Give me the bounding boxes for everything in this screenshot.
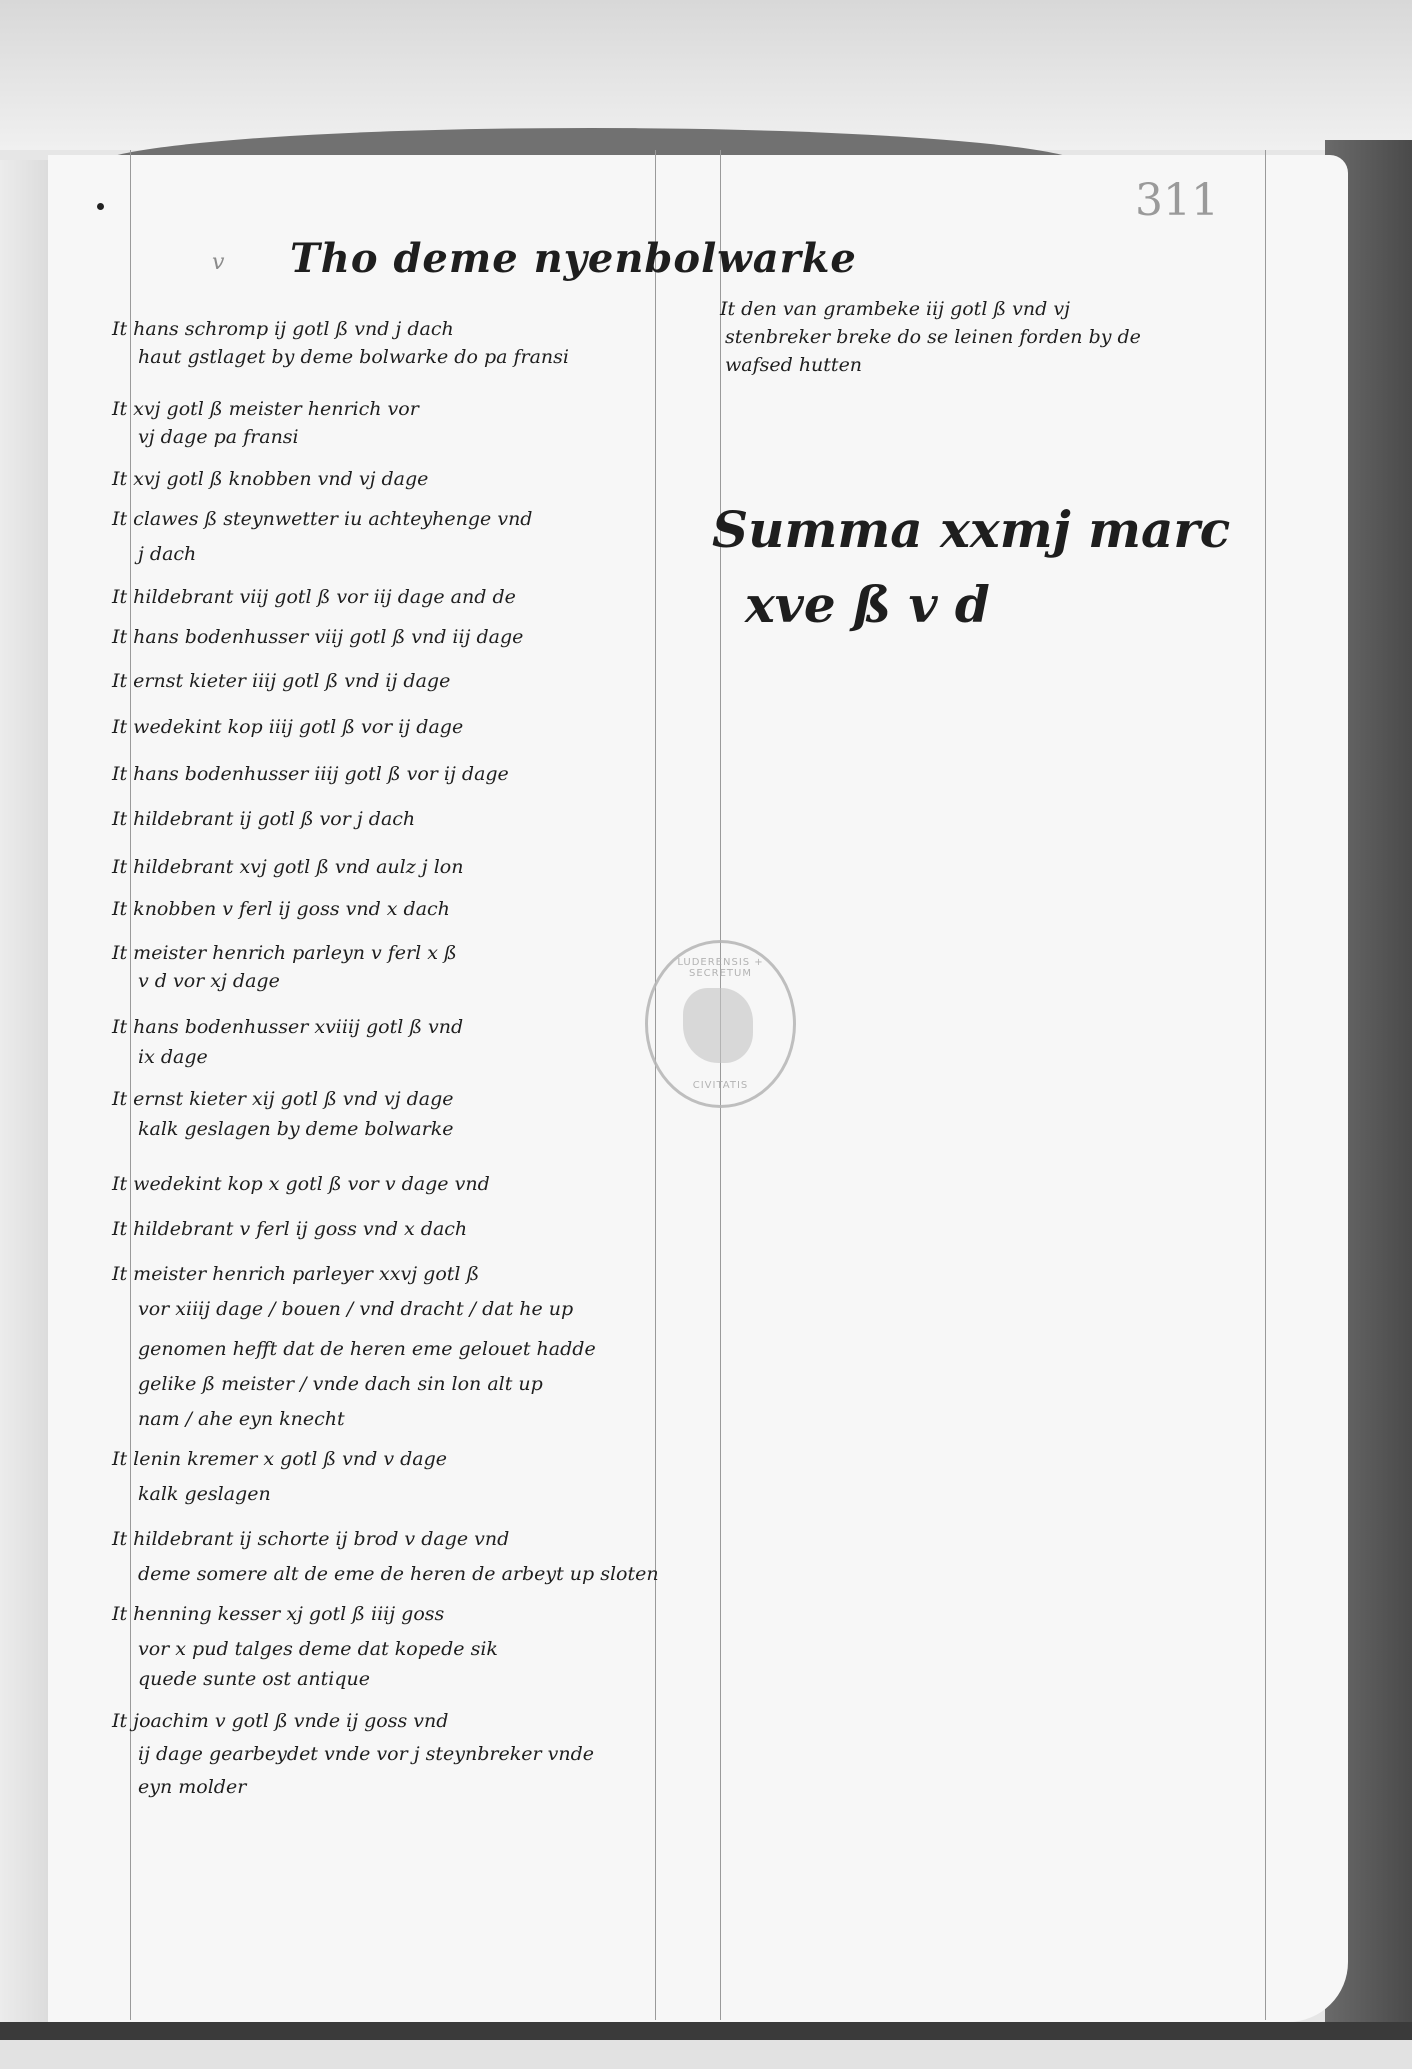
- left-column-line: haut gstlaget by deme bolwarke do pa fra…: [138, 348, 569, 367]
- left-column-line: It hildebrant viij gotl ß vor iij dage a…: [112, 588, 516, 607]
- left-column-line: It xvj gotl ß meister henrich vor: [112, 400, 419, 419]
- left-column-line: It hans schromp ij gotl ß vnd j dach: [112, 320, 454, 339]
- left-column-line: It wedekint kop iiij gotl ß vor ij dage: [112, 718, 463, 737]
- left-column-line: It hans bodenhusser viij gotl ß vnd iij …: [112, 628, 523, 647]
- archive-stamp: LUDERENSIS + SECRETUM CIVITATIS: [645, 940, 796, 1108]
- left-column-line: vor xiiij dage / bouen / vnd dracht / da…: [138, 1300, 573, 1319]
- left-column-line: genomen hefft dat de heren eme gelouet h…: [138, 1340, 596, 1359]
- page-heading: Tho deme nyenbolwarke: [290, 235, 857, 282]
- left-column-line: It henning kesser xj gotl ß iiij goss: [112, 1605, 444, 1624]
- left-column-line: v d vor xj dage: [138, 972, 280, 991]
- left-column-line: gelike ß meister / vnde dach sin lon alt…: [138, 1375, 543, 1394]
- left-column-line: It hildebrant ij gotl ß vor j dach: [112, 810, 415, 829]
- right-column-line: stenbreker breke do se leinen forden by …: [725, 328, 1141, 347]
- left-column-line: deme somere alt de eme de heren de arbey…: [138, 1565, 659, 1584]
- left-column-line: It ernst kieter iiij gotl ß vnd ij dage: [112, 672, 450, 691]
- left-column-line: nam / ahe eyn knecht: [138, 1410, 345, 1429]
- left-column-line: eyn molder: [138, 1778, 246, 1797]
- left-column-line: It joachim v gotl ß vnde ij goss vnd: [112, 1712, 448, 1731]
- left-column-line: It xvj gotl ß knobben vnd vj dage: [112, 470, 428, 489]
- ink-dot: [97, 203, 104, 210]
- left-column-line: vor x pud talges deme dat kopede sik: [138, 1640, 498, 1659]
- scan-background-bottom: [0, 2040, 1412, 2069]
- left-column-line: It hildebrant ij schorte ij brod v dage …: [112, 1530, 509, 1549]
- right-margin-rule: [1265, 150, 1266, 2020]
- left-column-line: ix dage: [138, 1048, 208, 1067]
- left-column-line: j dach: [138, 545, 196, 564]
- scan-background-top: [0, 0, 1412, 150]
- margin-mark: v: [212, 250, 224, 275]
- left-column-line: It meister henrich parleyer xxvj gotl ß: [112, 1265, 479, 1284]
- lion-emblem-icon: [683, 988, 753, 1063]
- left-column-line: It clawes ß steynwetter iu achteyhenge v…: [112, 510, 532, 529]
- right-column-line: It den van grambeke iij gotl ß vnd vj: [720, 300, 1070, 319]
- summa-line-2: xve ß v d: [745, 575, 990, 634]
- left-column-line: It meister henrich parleyn v ferl x ß: [112, 944, 457, 963]
- facing-page-edge: [0, 160, 50, 2022]
- stamp-bottom-text: CIVITATIS: [648, 1080, 793, 1091]
- left-column-line: It lenin kremer x gotl ß vnd v dage: [112, 1450, 447, 1469]
- left-column-line: It hans bodenhusser xviiij gotl ß vnd: [112, 1018, 463, 1037]
- left-column-line: quede sunte ost antique: [138, 1670, 370, 1689]
- left-column-line: It hildebrant v ferl ij goss vnd x dach: [112, 1220, 467, 1239]
- summa-line-1: Summa xxmj marc: [712, 500, 1230, 559]
- left-column-line: kalk geslagen by deme bolwarke: [138, 1120, 453, 1139]
- left-column-line: vj dage pa fransi: [138, 428, 299, 447]
- left-column-line: ij dage gearbeydet vnde vor j steynbreke…: [138, 1745, 594, 1764]
- stamp-top-text: LUDERENSIS + SECRETUM: [648, 957, 793, 979]
- left-margin-rule: [130, 150, 131, 2020]
- left-column-line: It knobben v ferl ij goss vnd x dach: [112, 900, 450, 919]
- left-column-line: It hildebrant xvj gotl ß vnd aulz j lon: [112, 858, 463, 877]
- left-column-line: It wedekint kop x gotl ß vor v dage vnd: [112, 1175, 490, 1194]
- left-column-line: It hans bodenhusser iiij gotl ß vor ij d…: [112, 765, 509, 784]
- left-column-line: kalk geslagen: [138, 1485, 271, 1504]
- left-column-line: It ernst kieter xij gotl ß vnd vj dage: [112, 1090, 454, 1109]
- book-cover-bottom: [0, 2022, 1412, 2040]
- right-column-line: wafsed hutten: [725, 356, 862, 375]
- folio-number: 311: [1135, 175, 1219, 226]
